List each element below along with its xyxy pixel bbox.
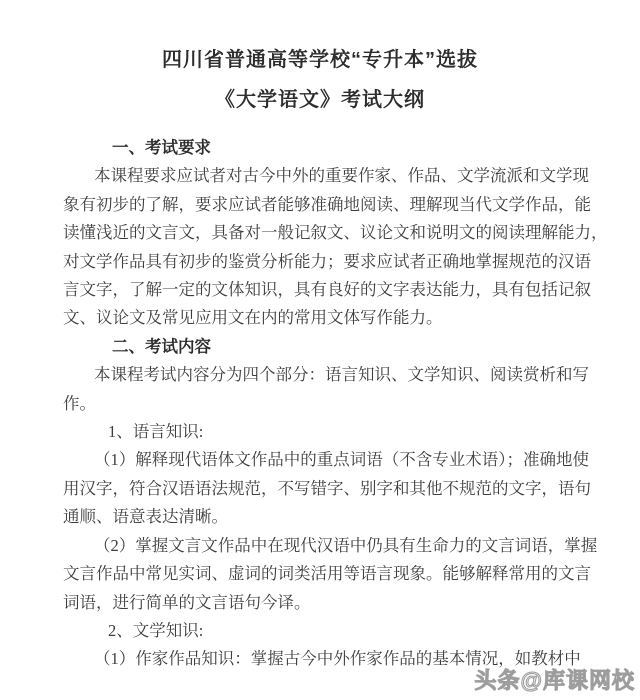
body-line: 词语，进行简单的文言语句今译。	[63, 589, 600, 617]
body-line: 通顺、语意表达清晰。	[63, 503, 600, 531]
body-line: 本课程要求应试者对古今中外的重要作家、作品、文学流派和文学现	[63, 162, 600, 190]
subsection-language-knowledge: 1、语言知识:	[63, 418, 600, 446]
doc-body: 一、考试要求 本课程要求应试者对古今中外的重要作家、作品、文学流派和文学现 象有…	[63, 134, 600, 674]
doc-title-line-1: 四川省普通高等学校“专升本”选拔	[0, 40, 640, 80]
document-page: 四川省普通高等学校“专升本”选拔 《大学语文》考试大纲 一、考试要求 本课程要求…	[0, 0, 640, 700]
body-line: 象有初步的了解，要求应试者能够准确地阅读、理解现当代文学作品，能	[63, 191, 600, 219]
body-line: （1）解释现代语体文作品中的重点词语（不含专业术语）；准确地使	[63, 446, 600, 474]
body-line: 对文学作品具有初步的鉴赏分析能力；要求应试者正确地掌握规范的汉语	[63, 248, 600, 276]
body-line: 用汉字，符合汉语语法规范，不写错字、别字和其他不规范的文字，语句	[63, 475, 600, 503]
subsection-literature-knowledge: 2、文学知识:	[63, 617, 600, 645]
section-heading-exam-requirements: 一、考试要求	[63, 134, 600, 162]
doc-title-line-2: 《大学语文》考试大纲	[0, 80, 640, 120]
body-line: 文言作品中常见实词、虚词的词类活用等语言现象。能够解释常用的文言	[63, 560, 600, 588]
body-line: （2）掌握文言文作品中在现代汉语中仍具有生命力的文言词语，掌握	[63, 532, 600, 560]
body-line: 本课程考试内容分为四个部分：语言知识、文学知识、阅读赏析和写	[63, 361, 600, 389]
body-line: 作。	[63, 390, 600, 418]
section-heading-exam-content: 二、考试内容	[63, 333, 600, 361]
doc-title: 四川省普通高等学校“专升本”选拔 《大学语文》考试大纲	[0, 40, 640, 120]
body-line: 读懂浅近的文言文，具备对一般记叙文、议论文和说明文的阅读理解能力，	[63, 219, 600, 247]
watermark-text: 头条@库课网校	[475, 664, 635, 695]
body-line: 文、议论文及常见应用文在内的常用文体写作能力。	[63, 304, 600, 332]
body-line: 言文字，了解一定的文体知识，具有良好的文字表达能力，具有包括记叙	[63, 276, 600, 304]
